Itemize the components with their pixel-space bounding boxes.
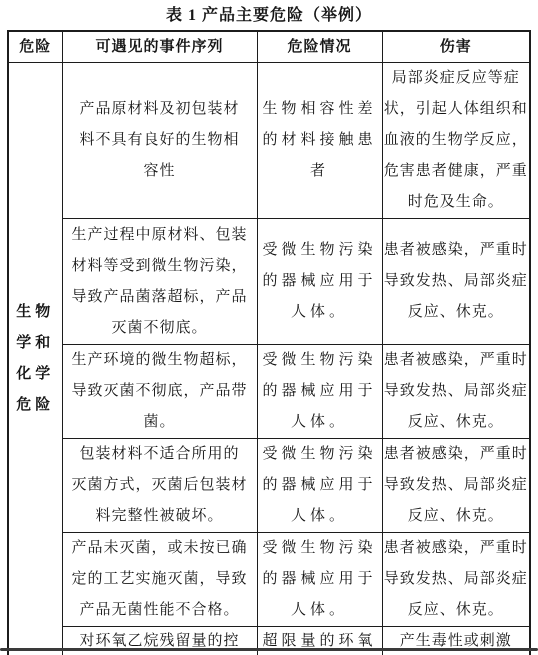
header-cell-harm: 伤害	[382, 31, 530, 63]
event-cell: 生产过程中原材料、包装 材料等受到微生物污染， 导致产品菌落超标，产品 灭菌不彻…	[62, 219, 257, 345]
header-cell-event-sequence: 可遇见的事件序列	[62, 31, 257, 63]
situation-cell: 受微生物污染 的器械应用于 人体。	[257, 345, 382, 439]
event-cell: 产品未灭菌，或未按已确 定的工艺实施灭菌，导致 产品无菌性能不合格。	[62, 533, 257, 627]
hazard-category-cell: 生物 学和 化学 危险	[8, 63, 62, 655]
event-cell: 包装材料不适合所用的 灭菌方式，灭菌后包装材 料完整性被破坏。	[62, 439, 257, 533]
situation-cell: 生物相容性差 的材料接触患 者	[257, 63, 382, 219]
table-row: 生物 学和 化学 危险 产品原材料及初包装材 料不具有良好的生物相 容性 生物相…	[8, 63, 530, 219]
header-cell-hazardous-situation: 危险情况	[257, 31, 382, 63]
situation-cell: 受微生物污染 的器械应用于 人体。	[257, 439, 382, 533]
harm-cell: 患者被感染，严重时 导致发热、局部炎症 反应、休克。	[382, 345, 530, 439]
table-row: 包装材料不适合所用的 灭菌方式，灭菌后包装材 料完整性被破坏。 受微生物污染 的…	[8, 439, 530, 533]
table-row: 产品未灭菌，或未按已确 定的工艺实施灭菌，导致 产品无菌性能不合格。 受微生物污…	[8, 533, 530, 627]
harm-cell: 患者被感染，严重时 导致发热、局部炎症 反应、休克。	[382, 439, 530, 533]
harm-cell: 患者被感染，严重时 导致发热、局部炎症 反应、休克。	[382, 533, 530, 627]
table-row: 生产环境的微生物超标， 导致灭菌不彻底，产品带 菌。 受微生物污染 的器械应用于…	[8, 345, 530, 439]
table-row: 生产过程中原材料、包装 材料等受到微生物污染， 导致产品菌落超标，产品 灭菌不彻…	[8, 219, 530, 345]
situation-cell: 受微生物污染 的器械应用于 人体。	[257, 219, 382, 345]
header-row: 危险 可遇见的事件序列 危险情况 伤害	[8, 31, 530, 63]
page-bottom-edge	[0, 648, 538, 651]
hazard-table: 危险 可遇见的事件序列 危险情况 伤害 生物 学和 化学 危险 产品原材料及初包…	[7, 30, 531, 655]
event-cell: 产品原材料及初包装材 料不具有良好的生物相 容性	[62, 63, 257, 219]
event-cell: 生产环境的微生物超标， 导致灭菌不彻底，产品带 菌。	[62, 345, 257, 439]
harm-cell: 局部炎症反应等症 状，引起人体组织和 血液的生物学反应， 危害患者健康，严重 时…	[382, 63, 530, 219]
situation-cell: 受微生物污染 的器械应用于 人体。	[257, 533, 382, 627]
harm-cell: 患者被感染，严重时 导致发热、局部炎症 反应、休克。	[382, 219, 530, 345]
table-title: 表 1 产品主要危险（举例）	[0, 0, 538, 30]
header-cell-hazard: 危险	[8, 31, 62, 63]
document-page: 表 1 产品主要危险（举例） 危险 可遇见的事件序列 危险情况 伤害 生物 学和…	[0, 0, 538, 655]
